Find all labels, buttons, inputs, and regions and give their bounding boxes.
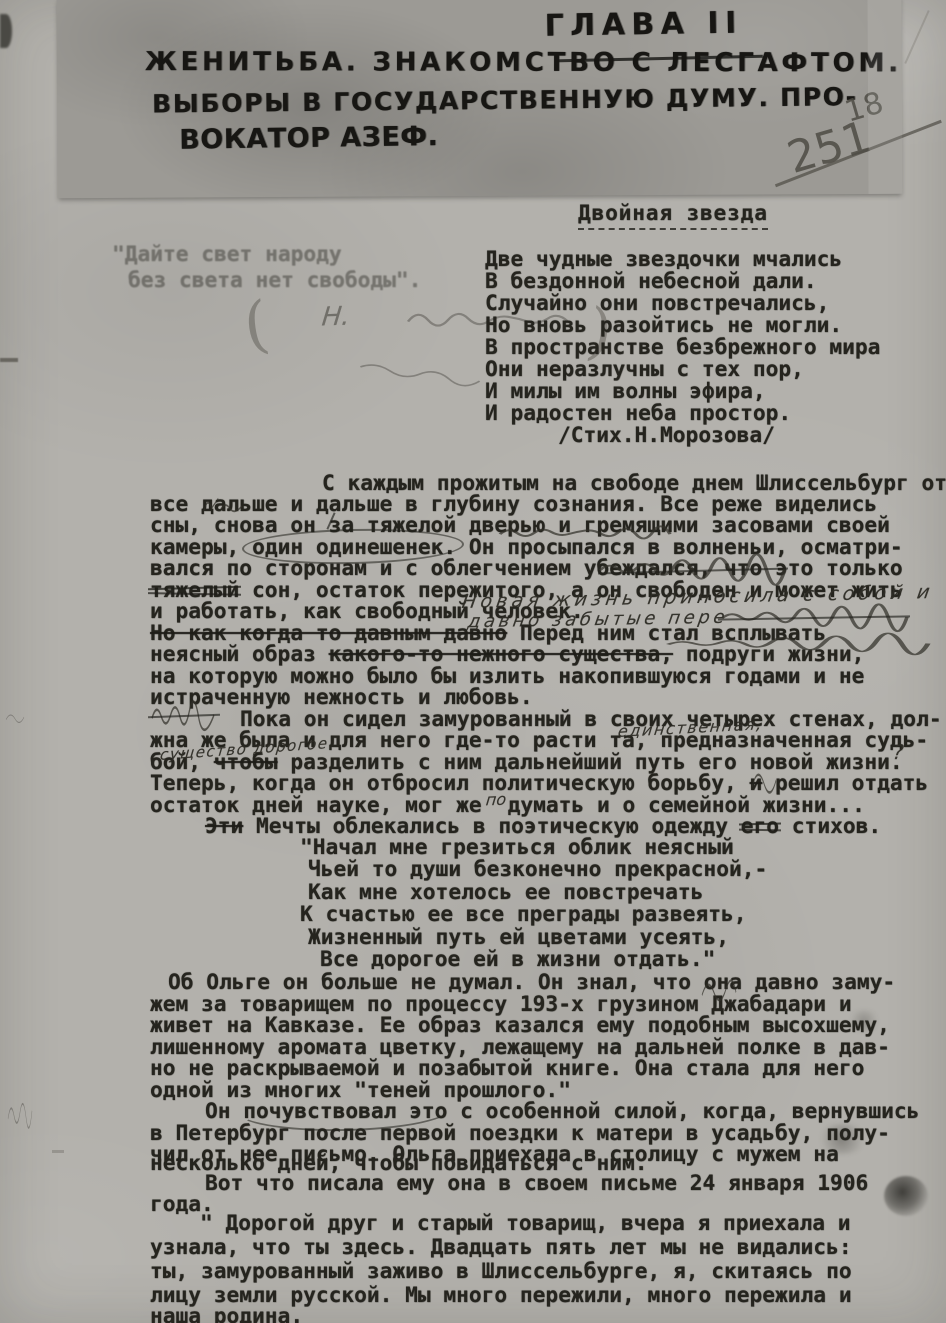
letter-line: наша родина. — [150, 1305, 303, 1323]
scanned-typescript-page: ГЛАВА II ЖЕНИТЬБА. ЗНАКОМСТВО С ЛЕСГАФТО… — [0, 0, 946, 1323]
margin-dash — [0, 358, 18, 362]
ink-smudge — [848, 1010, 880, 1032]
ink-smudge — [816, 1124, 868, 1154]
cursive-scribble — [668, 639, 928, 648]
cursive-scribble — [752, 774, 776, 790]
poem-line: В бездонной небесной дали. — [485, 270, 817, 292]
poem-title: Двойная звезда — [578, 202, 768, 224]
line-text: стихов. — [779, 813, 881, 838]
poem-line: Жизненный путь ей цветами усеять, — [308, 926, 729, 948]
typewritten-line: живет на Кавказе. Ее образ казался ему п… — [150, 1014, 890, 1036]
margin-squiggle — [6, 714, 24, 722]
poem-title-text: Двойная звезда — [578, 200, 768, 230]
epigraph-text: "Дайте свет народу — [112, 241, 342, 266]
poem-text: Чьей то души безконечно прекрасной,- — [308, 856, 767, 881]
poem-line: Как мне хотелось ее повстречать — [308, 881, 703, 903]
struck-word: Эти — [205, 813, 243, 838]
poem-line: И милы им волны эфира, — [485, 380, 766, 402]
cursive-scribble — [360, 360, 481, 389]
chapter-subtitle-line2: ВЫБОРЫ В ГОСУДАРСТВЕННУЮ ДУМУ. ПРО- — [152, 82, 858, 118]
epigraph-line: без света нет свободы". — [128, 269, 421, 291]
typewritten-line: вался по сторонам и с облегчением убежда… — [150, 557, 903, 579]
line-text: наша родина. — [150, 1303, 303, 1323]
pasted-title-strip: ГЛАВА II ЖЕНИТЬБА. ЗНАКОМСТВО С ЛЕСГАФТО… — [56, 0, 902, 198]
typewritten-line: Он почувствовал это с особенной силой, к… — [205, 1100, 919, 1122]
letter-line: " Дорогой друг и старый товарищ, вчера я… — [200, 1212, 851, 1234]
poem-line: Они неразлучны с тех пор, — [485, 358, 804, 380]
epigraph-line: "Дайте свет народу — [112, 243, 342, 265]
typewritten-line: Теперь, когда он отбросил политическую б… — [150, 772, 928, 794]
epigraph-text: без света нет свободы". — [128, 267, 421, 292]
poem-attribution: /Стих.Н.Морозова/ — [558, 424, 775, 446]
corner-mark — [0, 14, 12, 48]
margin-squiggle — [8, 1106, 32, 1122]
poem-line: Чьей то души безконечно прекрасной,- — [308, 858, 767, 880]
line-text: ты, замурованный заживо в Шлиссельбурге,… — [150, 1258, 852, 1283]
typewritten-line: истраченную нежность и любовь. — [150, 686, 533, 708]
letter-line: узнала, что ты здесь. Двадцать пять лет … — [150, 1236, 852, 1258]
poem-line: Две чудные звездочки мчались — [485, 248, 842, 270]
margin-dash — [52, 1150, 64, 1153]
line-text: " Дорогой друг и старый товарищ, вчера я… — [200, 1210, 851, 1235]
cursive-scribble — [204, 501, 242, 513]
poem-line: В пространстве безбрежного мира — [485, 336, 880, 358]
poem-attribution-text: /Стих.Н.Морозова/ — [558, 422, 775, 447]
letter-line: ты, замурованный заживо в Шлиссельбурге,… — [150, 1260, 852, 1282]
epigraph-paren-open: ( — [239, 287, 273, 363]
chapter-heading: ГЛАВА II — [544, 6, 743, 44]
chapter-subtitle-line1: ЖЕНИТЬБА. ЗНАКОМСТВО С ЛЕСГАФТОМ. — [145, 47, 902, 78]
chapter-subtitle-line3: ВОКАТОР АЗЕФ. — [179, 121, 439, 156]
typewritten-line: Об Ольге он больше не думал. Он знал, чт… — [168, 971, 895, 993]
typewritten-line: но не раскрываемой и позабытой книге. Он… — [150, 1057, 864, 1079]
poem-line: "Начал мне грезиться облик неясный — [300, 836, 734, 858]
margin-pencil-stroke — [904, 10, 929, 64]
poem-line: К счастью ее все преграды развеять, — [300, 903, 746, 925]
ink-blot — [884, 1176, 928, 1216]
cursive-scribble — [702, 984, 736, 998]
line-text: Вот что писала ему она в своем письме 24… — [205, 1170, 868, 1195]
epigraph-author-initial: Н. — [320, 301, 351, 332]
poem-line: И радостен неба простор. — [485, 402, 791, 424]
poem-line: Но вновь разойтись не могли. — [485, 314, 842, 336]
handwritten-question-mark: ? — [892, 740, 905, 764]
poem-text: Все дорогое ей в жизни отдать." — [320, 946, 715, 971]
cursive-scribble — [500, 527, 670, 539]
poem-line: Все дорогое ей в жизни отдать." — [320, 948, 715, 970]
typewritten-line: Вот что писала ему она в своем письме 24… — [205, 1172, 868, 1194]
poem-line: Случайно они повстречались, — [485, 292, 829, 314]
handwritten-insertion: по — [485, 790, 507, 810]
struck-word: его — [741, 813, 779, 838]
poem-text: К счастью ее все преграды развеять, — [300, 901, 746, 926]
line-text: узнала, что ты здесь. Двадцать пять лет … — [150, 1234, 852, 1259]
